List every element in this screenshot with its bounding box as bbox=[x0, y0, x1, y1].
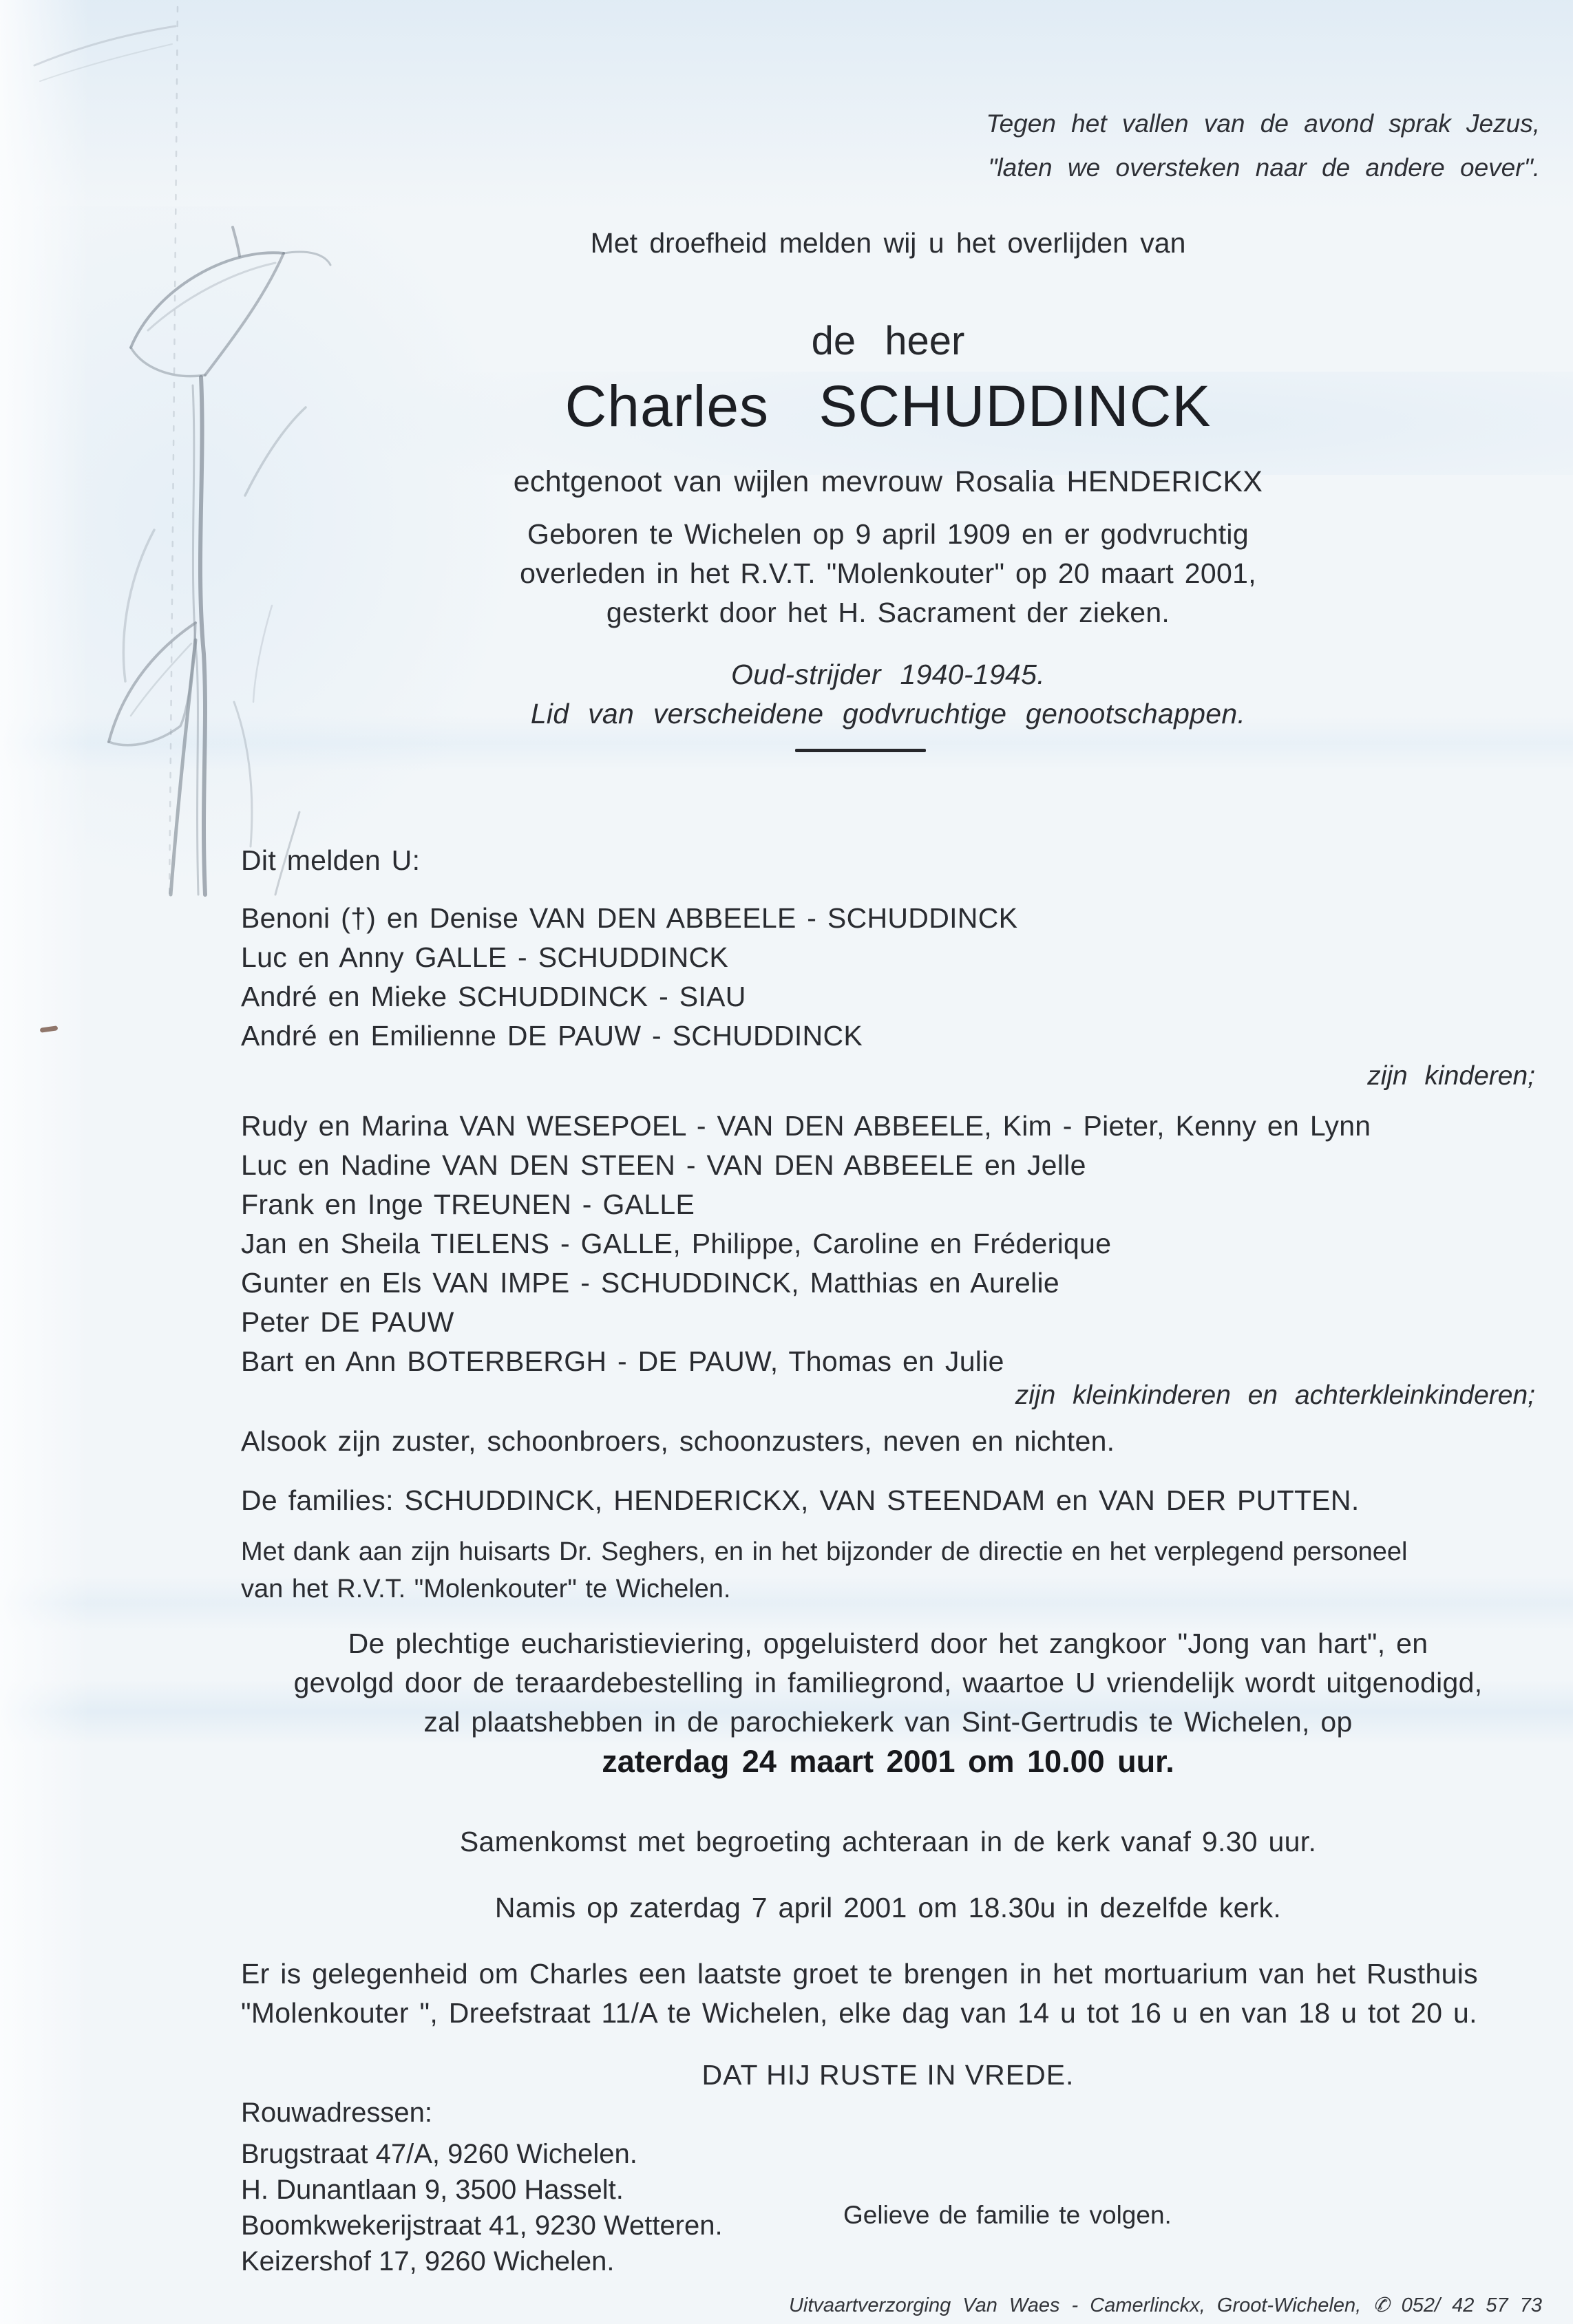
grandchildren-list: Rudy en Marina VAN WESEPOEL - VAN DEN AB… bbox=[241, 1107, 1535, 1381]
telephone-icon: ✆ bbox=[1373, 2294, 1389, 2316]
salutation-line: de heer bbox=[241, 318, 1535, 364]
calla-lily-sketch bbox=[28, 0, 372, 908]
scripture-quote: Tegen het vallen van de avond sprak Jezu… bbox=[986, 102, 1540, 190]
ceremony-line: zal plaatshebben in de parochiekerk van … bbox=[241, 1703, 1535, 1742]
children-list: Benoni (†) en Denise VAN DEN ABBEELE - S… bbox=[241, 899, 1535, 1056]
family-line: Gunter en Els VAN IMPE - SCHUDDINCK, Mat… bbox=[241, 1264, 1535, 1303]
family-line: André en Mieke SCHUDDINCK - SIAU bbox=[241, 977, 1535, 1016]
family-line: Benoni (†) en Denise VAN DEN ABBEELE - S… bbox=[241, 899, 1535, 938]
family-line: André en Emilienne DE PAUW - SCHUDDINCK bbox=[241, 1016, 1535, 1056]
section-divider bbox=[795, 749, 926, 752]
deceased-name: Charles SCHUDDINCK bbox=[241, 373, 1535, 440]
footer-text: Uitvaartverzorging Van Waes - Camerlinck… bbox=[789, 2294, 1361, 2316]
visitation-line: "Molenkouter ", Dreefstraat 11/A te Wich… bbox=[241, 1994, 1535, 2033]
mourning-card-page: Tegen het vallen van de avond sprak Jezu… bbox=[0, 0, 1573, 2324]
ceremony-datetime: zaterdag 24 maart 2001 om 10.00 uur. bbox=[241, 1744, 1535, 1780]
relatives-line: Alsook zijn zuster, schoonbroers, schoon… bbox=[241, 1422, 1535, 1461]
family-line: Peter DE PAUW bbox=[241, 1303, 1535, 1342]
thanks-line: van het R.V.T. "Molenkouter" te Wichelen… bbox=[241, 1570, 1535, 1608]
quote-line: Tegen het vallen van de avond sprak Jezu… bbox=[986, 102, 1540, 146]
ceremony-line: gevolgd door de teraardebestelling in fa… bbox=[241, 1663, 1535, 1703]
visitation-paragraph: Er is gelegenheid om Charles een laatste… bbox=[241, 1954, 1535, 2033]
mourning-address: Brugstraat 47/A, 9260 Wichelen. bbox=[241, 2136, 1535, 2172]
intro-line: Met droefheid melden wij u het overlijde… bbox=[241, 227, 1535, 259]
family-line: Luc en Nadine VAN DEN STEEN - VAN DEN AB… bbox=[241, 1146, 1535, 1185]
families-line: De families: SCHUDDINCK, HENDERICKX, VAN… bbox=[241, 1481, 1535, 1520]
family-line: Frank en Inge TREUNEN - GALLE bbox=[241, 1185, 1535, 1224]
life-line: gesterkt door het H. Sacrament der zieke… bbox=[241, 593, 1535, 632]
follow-family-line: Gelieve de familie te volgen. bbox=[843, 2201, 1172, 2230]
memorial-line: Namis op zaterdag 7 april 2001 om 18.30u… bbox=[241, 1888, 1535, 1928]
undertaker-footer: Uitvaartverzorging Van Waes - Camerlinck… bbox=[789, 2293, 1542, 2317]
visitation-line: Er is gelegenheid om Charles een laatste… bbox=[241, 1954, 1535, 1994]
thanks-paragraph: Met dank aan zijn huisarts Dr. Seghers, … bbox=[241, 1533, 1535, 1608]
grandchildren-caption: zijn kleinkinderen en achterkleinkindere… bbox=[241, 1380, 1535, 1411]
family-line: Luc en Anny GALLE - SCHUDDINCK bbox=[241, 938, 1535, 977]
family-line: Bart en Ann BOTERBERGH - DE PAUW, Thomas… bbox=[241, 1342, 1535, 1381]
honors-line: Lid van verscheidene godvruchtige genoot… bbox=[241, 694, 1535, 734]
life-paragraph: Geboren te Wichelen op 9 april 1909 en e… bbox=[241, 515, 1535, 632]
rest-in-peace-line: DAT HIJ RUSTE IN VREDE. bbox=[241, 2059, 1535, 2091]
life-line: overleden in het R.V.T. "Molenkouter" op… bbox=[241, 554, 1535, 593]
children-caption: zijn kinderen; bbox=[241, 1061, 1535, 1091]
spouse-line: echtgenoot van wijlen mevrouw Rosalia HE… bbox=[241, 462, 1535, 502]
family-line: Jan en Sheila TIELENS - GALLE, Philippe,… bbox=[241, 1224, 1535, 1264]
thanks-line: Met dank aan zijn huisarts Dr. Seghers, … bbox=[241, 1533, 1535, 1570]
honors-line: Oud-strijder 1940-1945. bbox=[241, 655, 1535, 694]
mourning-addresses-label: Rouwadressen: bbox=[241, 2098, 1535, 2129]
family-line: Rudy en Marina VAN WESEPOEL - VAN DEN AB… bbox=[241, 1107, 1535, 1146]
announce-label: Dit melden U: bbox=[241, 841, 1535, 880]
ceremony-paragraph: De plechtige eucharistieviering, opgelui… bbox=[241, 1624, 1535, 1742]
life-line: Geboren te Wichelen op 9 april 1909 en e… bbox=[241, 515, 1535, 554]
mourning-address: Keizershof 17, 9260 Wichelen. bbox=[241, 2243, 1535, 2279]
footer-phone-number: 052/ 42 57 73 bbox=[1402, 2294, 1542, 2316]
honors-paragraph: Oud-strijder 1940-1945. Lid van verschei… bbox=[241, 655, 1535, 734]
ceremony-line: De plechtige eucharistieviering, opgelui… bbox=[241, 1624, 1535, 1663]
paper-speck bbox=[40, 1025, 59, 1033]
gathering-line: Samenkomst met begroeting achteraan in d… bbox=[241, 1822, 1535, 1862]
quote-line: "laten we oversteken naar de andere oeve… bbox=[986, 146, 1540, 190]
